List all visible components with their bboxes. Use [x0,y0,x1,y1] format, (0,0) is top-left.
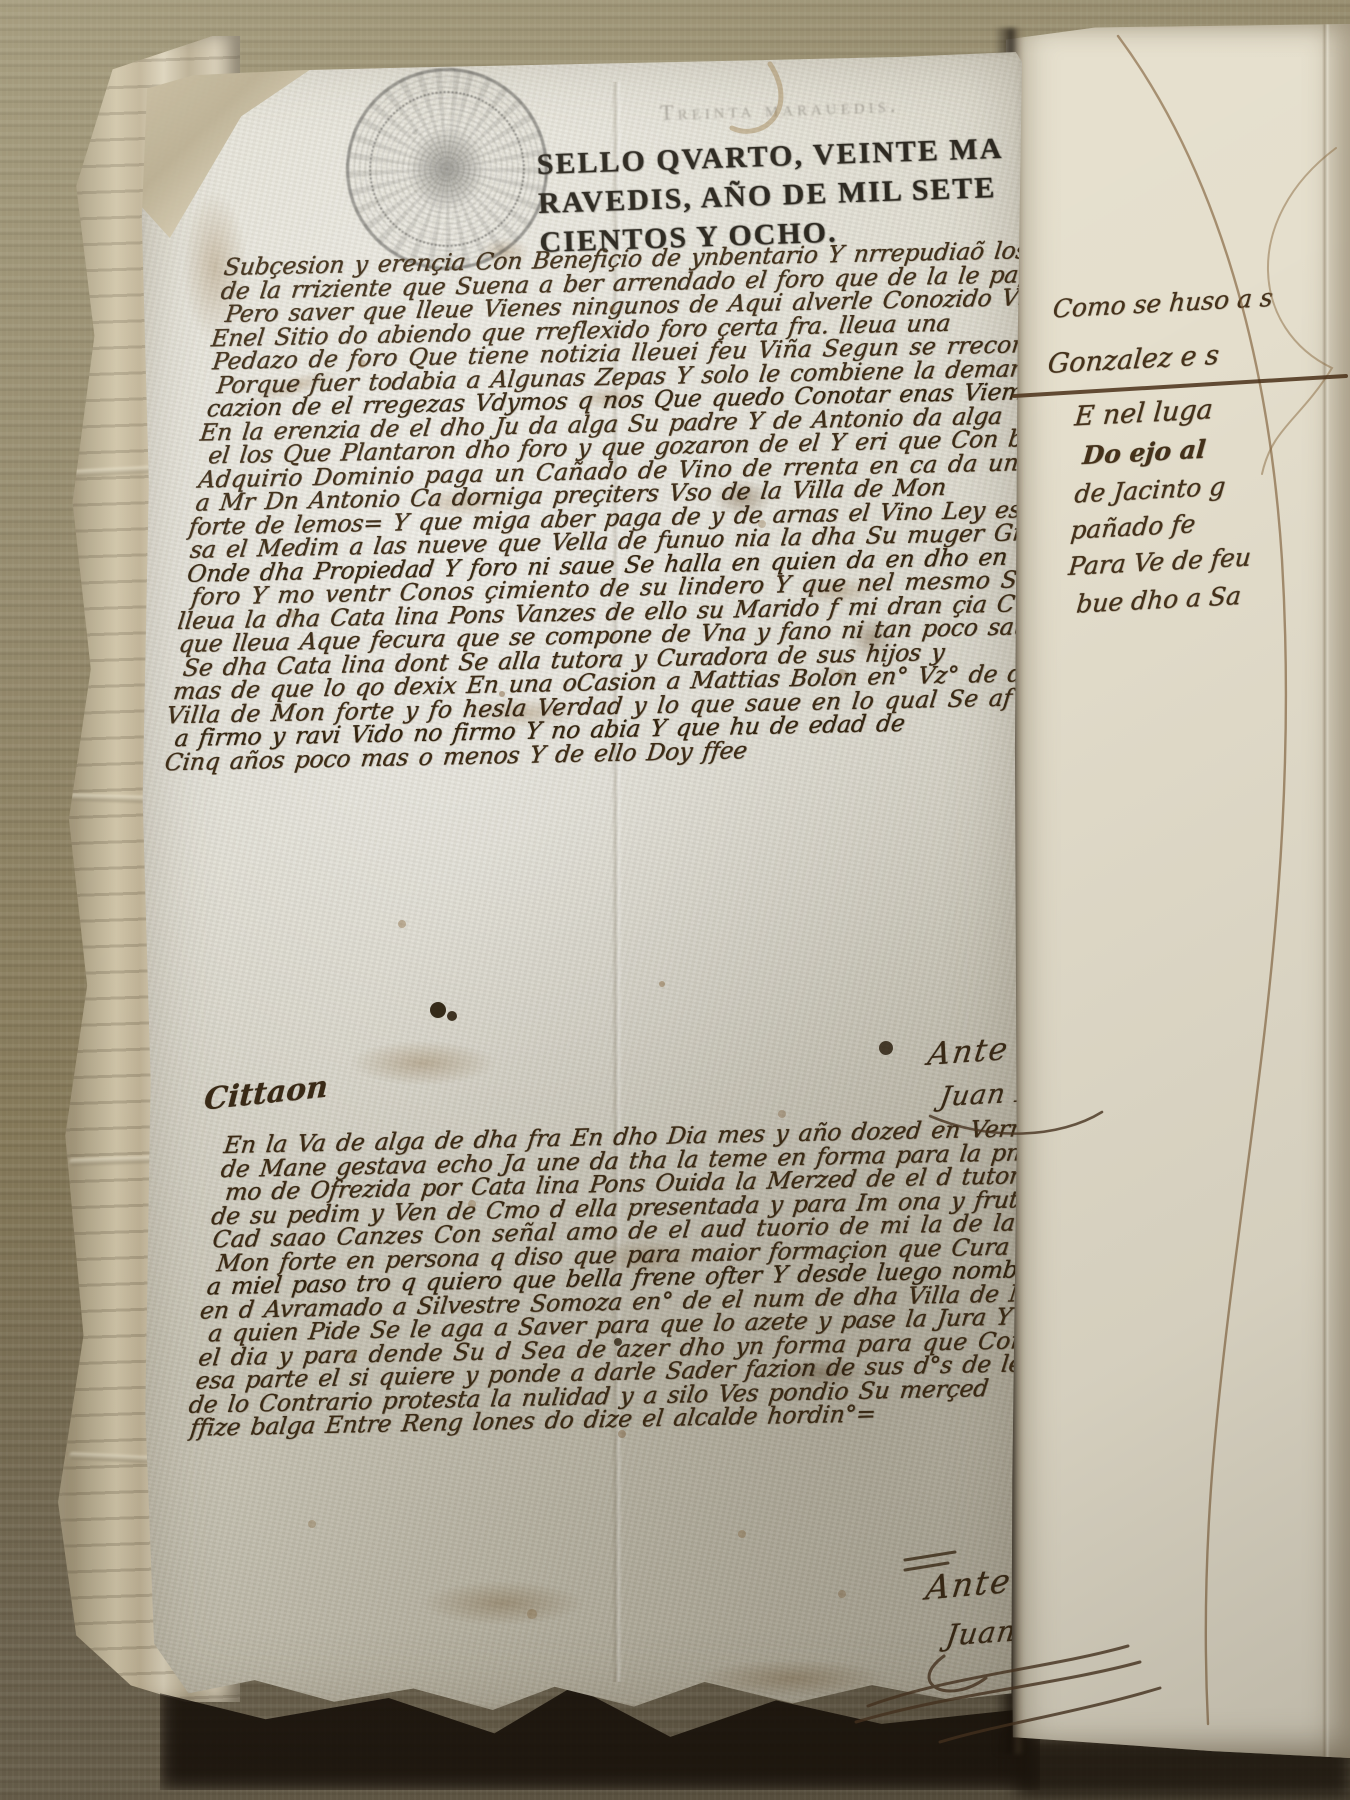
handwriting-line: E nel luga [1073,394,1214,432]
handwriting-line: Para Ve de feu [1067,542,1252,581]
stain-mark [390,1572,615,1634]
right-page-text-block: Como se huso a s Gonzalez e s E nel luga… [1016,7,1350,723]
right-page: Como se huso a s Gonzalez e s E nel luga… [1006,24,1350,1758]
handwriting-line: bue dho a Sa [1075,581,1242,619]
handwriting-line: de Jacinto g [1073,472,1226,509]
stain-mark [170,162,260,372]
stain-mark [840,607,904,669]
stain-mark [440,692,605,734]
stain-mark [390,482,535,524]
stain-mark [700,472,785,524]
stain-mark [760,1352,885,1394]
stain-mark [560,382,655,414]
stain-mark [780,572,895,610]
stain-mark [470,232,540,272]
margin-note-citacion: Cittaon [203,1069,329,1117]
handwriting-line: Gonzalez e s [1046,340,1220,380]
faint-offset-stamp-text: Treinta marauedis. [660,92,900,126]
photo-of-1708-manuscript: Como se huso a s Gonzalez e s E nel luga… [0,0,1350,1800]
handwriting-line: Do ejo al [1081,435,1206,471]
handwritten-block-1: Subçesion y erençia Con Benefiçio de ynb… [164,233,1036,768]
stain-mark [320,1032,525,1094]
handwriting-line: Como se huso a s [1052,283,1274,324]
handwriting-line: pañado fe [1069,509,1196,545]
stain-mark [570,1232,725,1284]
main-page: Treinta marauedis. SELLO QVARTO, VEINTE … [140,52,1022,1710]
